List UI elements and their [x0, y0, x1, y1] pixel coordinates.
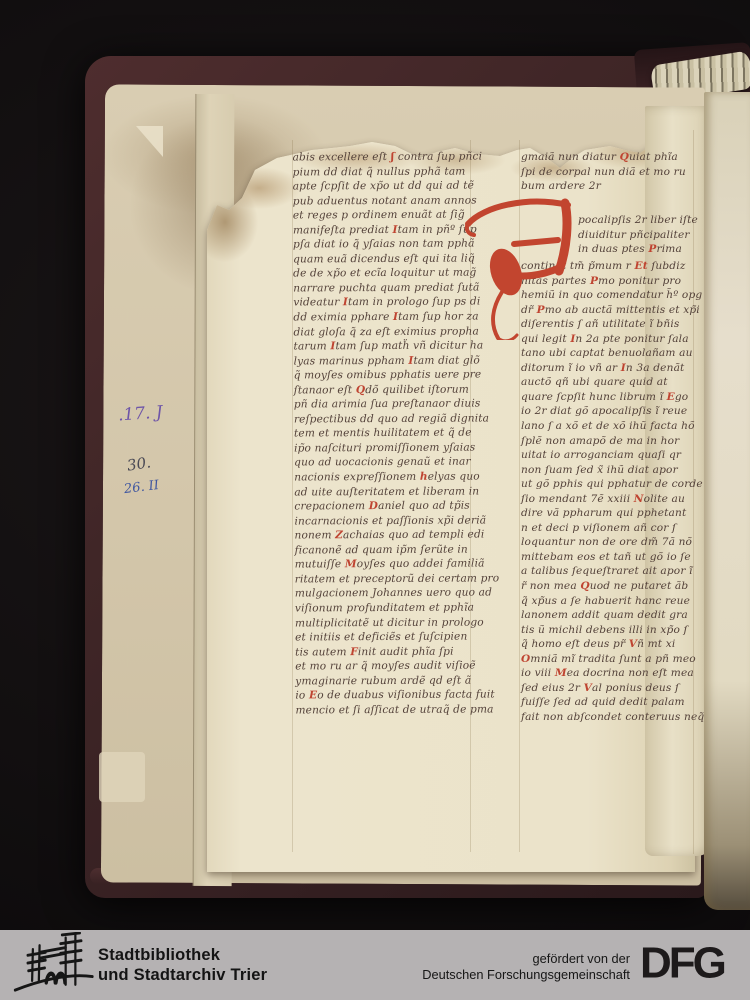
manuscript-line: et initiis et deficiẽs et ſuſcipien	[295, 630, 473, 645]
red-initial-A	[462, 188, 574, 340]
manuscript-line: ficanonẽ ad quam ip̃m ſerũte in	[295, 542, 473, 557]
manuscript-line: pub aduentus notant anam annos	[293, 193, 471, 208]
manuscript-line: narrare puchta quam prediat ſutã	[293, 280, 471, 295]
manuscript-line: ſpi de corpal nun diã et mo ru	[521, 165, 697, 180]
funding-line1: gefördert von der	[422, 951, 630, 967]
funding-credit: gefördert von der Deutschen Forschungsge…	[422, 951, 630, 982]
library-name-line2: und Stadtarchiv Trier	[98, 966, 267, 986]
manuscript-line: ad uite auſteritatem et liberam in	[294, 484, 472, 499]
manuscript-line: lanonem addit quam dedit gra	[521, 608, 701, 623]
flyleaf-fold-corner	[136, 126, 163, 157]
manuscript-line: videatur Itam in prologo ſup ps di	[293, 295, 471, 310]
manuscript-line: quam euã dicendus eſt qui ita liq̃	[293, 251, 471, 266]
manuscript-line: ip̃o naſcituri promiſſionem yſaias	[294, 440, 472, 455]
manuscript-line: quo ad uocacionis genaũ et inar	[294, 455, 472, 470]
manuscript-line: tano ubi captat benuolañam au	[521, 346, 701, 361]
manuscript-line: mittebam eos et tañ ut gõ io ſe	[521, 550, 701, 565]
manuscript-line: pñ dia arimia ſua preſtanaor diuis	[294, 397, 472, 412]
manuscript-line: io 2r diat gõ apocalipſis ĩ reue	[521, 404, 701, 419]
manuscript-line: r̃ non mea Quod ne putaret ãb	[521, 579, 701, 594]
flyleaf-light-patch	[99, 752, 145, 802]
manuscript-line: lyas marinus ppham Itam diat glõ	[294, 353, 472, 368]
manuscript-line: ſed eius 2r Val ponius deus ſ	[521, 681, 701, 696]
manuscript-line: lano ſ a xõ et de xõ ihũ facta hõ	[521, 419, 701, 434]
manuscript-line: incarnacionis et paſſionis xp̃i deriã	[294, 513, 472, 528]
manuscript-line: et reges p ordinem enuãt at ſig̃	[293, 208, 471, 223]
manuscript-line: multiplicitatẽ ut dicitur in prologo	[295, 615, 473, 630]
manuscript-line: ſio mendant 7ẽ xxiii Nolite au	[521, 492, 701, 507]
manuscript-line: auctõ qñ ubi quare quid at	[521, 375, 701, 390]
manuscript-line: diat gloſa q̃ za eſt eximius propha	[293, 324, 471, 339]
manuscript-line: abis excellere eſt ʃ contra ſup pñci	[293, 150, 471, 165]
manuscript-line: ditorum ĩ io vñ ar In 3a denãt	[521, 361, 701, 376]
manuscript-line: de de xp̃o et ecĩa loquitur ut mag̃	[293, 266, 471, 281]
manuscript-line: mencio et ſi aſſicat de utraq̃ de pma	[295, 702, 473, 717]
manuscript-line: quare ſcpſit hunc librum ĩ Ego	[521, 390, 701, 405]
manuscript-line: tem et mentis huilitatem et q̃ de	[294, 426, 472, 441]
manuscript-line: pium dd diat q̃ nullus pphã tam	[293, 164, 471, 179]
manuscript-line: nacionis expreſſionem helyas quo	[294, 470, 472, 485]
manuscript-line: tis autem Finit audit phĩa ſpi	[295, 644, 473, 659]
manuscript-line: ſtanaor eſt Qdõ quilibet iſtorum	[294, 382, 472, 397]
text-beside-initial: pocalipſis 2r liber iſtediuiditur pñcipa…	[578, 213, 698, 257]
manuscript-line: fait non abſcondet conteruus neq̃	[521, 710, 701, 725]
manuscript-line: manifeſta prediat Itam in pñº ſup	[293, 222, 471, 237]
manuscript-line: Omniã mĩ tradita ſunt a pñ meo	[521, 652, 701, 667]
manuscript-line: mutuiſſe Moyſes quo addei familiã	[295, 557, 473, 572]
marginal-note-gray: 30.	[126, 453, 152, 475]
manuscript-line: ritatem et preceptorũ dei certam pro	[295, 571, 473, 586]
manuscript-line: pſa diat io q̃ yſaias non tam pphã	[293, 237, 471, 252]
manuscript-line: gmaiã nun diatur Quiat phĩa	[521, 150, 697, 165]
library-name: Stadtbibliothek und Stadtarchiv Trier	[98, 946, 267, 985]
manuscript-line: pocalipſis 2r liber iſte	[578, 213, 698, 228]
manuscript-line: dd eximia pphare Itam ſup hor za	[293, 310, 471, 325]
marginal-note-purple: .17. J	[117, 402, 163, 425]
manuscript-line: nonem Zachaias quo ad templi edi	[294, 528, 472, 543]
funding-line2: Deutschen Forschungsgemeinschaft	[422, 967, 630, 983]
manuscript-line: ymaginarie rubum ardẽ qd eſt ã	[295, 673, 473, 688]
manuscript-line: q̃ xp̃us a ſe habuerit hanc reue	[521, 594, 701, 609]
manuscript-line: non ſuam ſed x̃ ihũ diat apor	[521, 463, 701, 478]
digitized-manuscript-photo: abis excellere eſt ʃ contra ſup pñcipium…	[0, 0, 750, 1000]
manuscript-line: mulgacionem Johannes uero quo ad	[295, 586, 473, 601]
manuscript-line: q̃ moyſes omibus pphatis uere pre	[294, 368, 472, 383]
manuscript-line: reſpectibus dd quo ad regiã dignita	[294, 411, 472, 426]
manuscript-line: et mo ru ar q̃ moyſes audit viſioẽ	[295, 659, 473, 674]
manuscript-line: ut gõ pphis qui pphatur de corde	[521, 477, 701, 492]
manuscript-line: diuiditur pñcipaliter	[578, 228, 698, 243]
manuscript-line: io Eo de duabus viſionibus facta fuit	[295, 688, 473, 703]
library-name-line1: Stadtbibliothek	[98, 946, 267, 966]
manuscript-line: a talibus ſequeſtraret ait apor ĩ	[521, 564, 701, 579]
manuscript-line: tarum Itam ſup matḧ vñ dicitur ha	[294, 339, 472, 354]
text-column-left: abis excellere eſt ʃ contra ſup pñcipium…	[293, 150, 474, 718]
manuscript-line: viſionum profunditatem et pphĩa	[295, 600, 473, 615]
manuscript-line: in duas ptes Prima	[578, 242, 698, 257]
manuscript-line: tis ũ michil debens illi in xp̃o ſ	[521, 623, 701, 638]
manuscript-line: crepacionem Daniel quo ad tp̃is	[294, 499, 472, 514]
manuscript-line: io viii Mea docrina non eſt mea	[521, 666, 701, 681]
dfg-logo: DFG	[640, 940, 748, 989]
manuscript-line: dire vã ppharum qui pphetant	[521, 506, 701, 521]
facing-leaf-edge	[704, 92, 750, 910]
manuscript-line: n et deci p viſionem añ cor ſ	[521, 521, 701, 536]
manuscript-line: fuiſſe ſed ad quid dedit palam	[521, 695, 701, 710]
porta-nigra-logo-icon	[12, 932, 94, 996]
manuscript-line: ſplẽ non amapõ de ma in hor	[521, 434, 701, 449]
digitization-footer: Stadtbibliothek und Stadtarchiv Trier ge…	[0, 930, 750, 1000]
manuscript-line: q̃ homo eſt deus pr̃ Vñ mt xi	[521, 637, 701, 652]
manuscript-line: loquantur non de ore dm̃ 7ã nõ	[521, 535, 701, 550]
manuscript-line: uitat io arroganciam quaſi qr	[521, 448, 701, 463]
manuscript-line: apte ſcpſit de xp̃o ut dd qui ad tẽ	[293, 179, 471, 194]
